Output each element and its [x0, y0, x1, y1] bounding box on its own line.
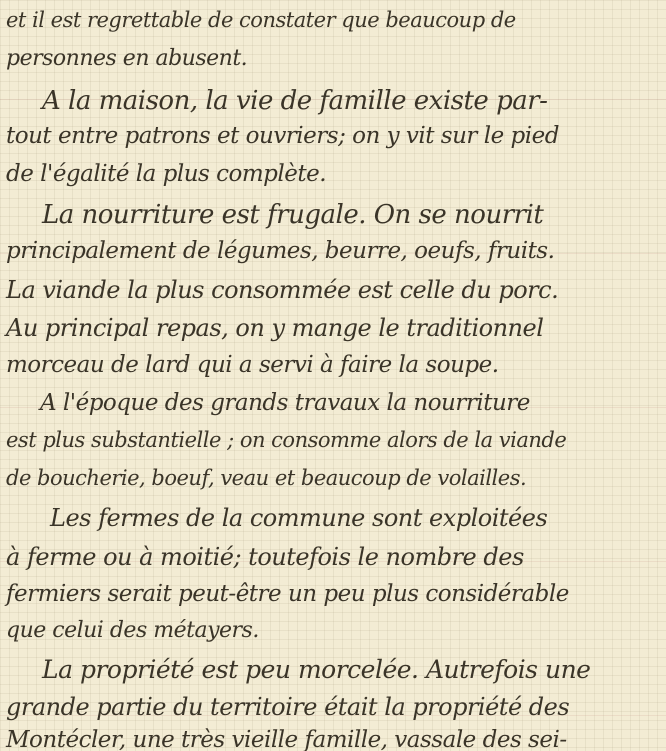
paragraph-start-line: A la maison, la vie de famille existe pa… — [42, 88, 547, 114]
text-line: personnes en abusent. — [6, 48, 247, 70]
text-line: grande partie du territoire était la pro… — [6, 695, 569, 719]
manuscript-page: et il est regrettable de constater que b… — [0, 0, 666, 751]
text-line: fermiers serait peut-être un peu plus co… — [6, 583, 569, 606]
text-line: La viande la plus consommée est celle du… — [6, 278, 558, 302]
text-line: morceau de lard qui a servi à faire la s… — [6, 354, 499, 377]
text-line: est plus substantielle ; on consomme alo… — [6, 430, 566, 451]
text-line: à ferme ou à moitié; toutefois le nombre… — [6, 545, 524, 569]
text-line: Au principal repas, on y mange le tradit… — [6, 316, 543, 340]
text-line: tout entre patrons et ouvriers; on y vit… — [6, 125, 559, 148]
paragraph-start-line: A l'époque des grands travaux la nourrit… — [40, 392, 530, 415]
paragraph-start-line: La propriété est peu morcelée. Autrefois… — [42, 657, 590, 682]
text-line: principalement de légumes, beurre, oeufs… — [6, 240, 554, 263]
paragraph-start-line: La nourriture est frugale. On se nourrit — [42, 202, 543, 228]
paragraph-start-line: Les fermes de la commune sont exploitées — [50, 506, 547, 530]
text-line: de l'égalité la plus complète. — [6, 163, 326, 186]
text-line: que celui des métayers. — [6, 620, 259, 642]
text-line: de boucherie, boeuf, veau et beaucoup de… — [6, 468, 526, 489]
text-line: et il est regrettable de constater que b… — [6, 10, 516, 31]
text-line: Montécler, une très vieille famille, vas… — [6, 729, 567, 751]
